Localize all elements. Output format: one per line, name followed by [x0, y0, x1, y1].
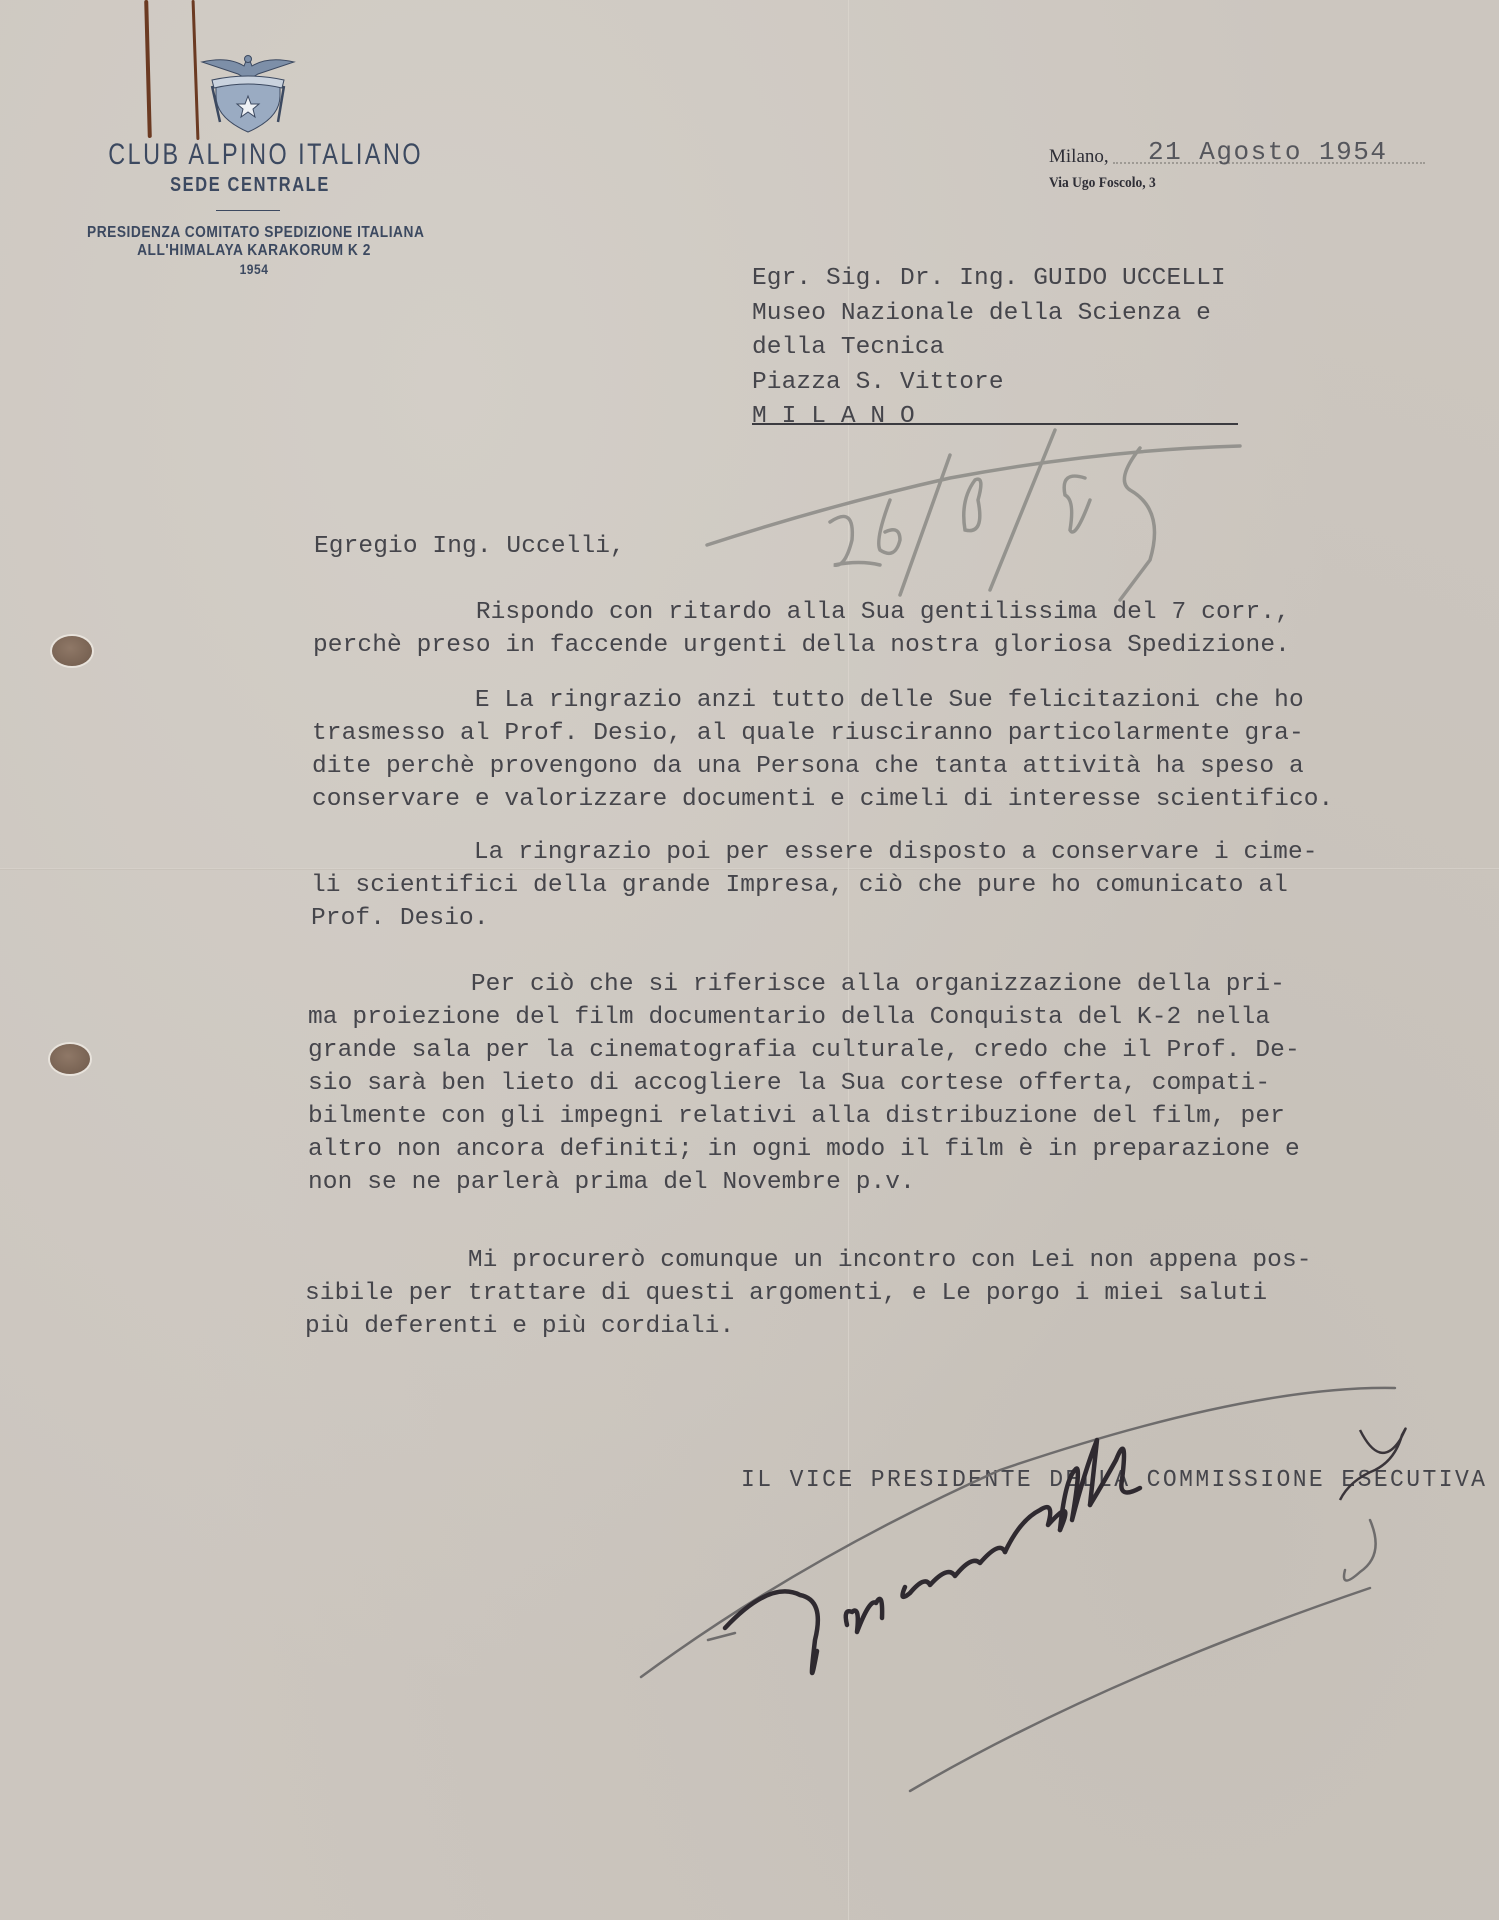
punch-hole: [52, 636, 92, 666]
punch-hole: [50, 1044, 90, 1074]
sender-street-address: Via Ugo Foscolo, 3: [1049, 175, 1156, 192]
paragraph-1: Rispondo con ritardo alla Sua gentilissi…: [313, 596, 1290, 662]
letter-page: CLUB ALPINO ITALIANO SEDE CENTRALE PRESI…: [0, 0, 1499, 1920]
paragraph-2: E La ringrazio anzi tutto delle Sue feli…: [312, 684, 1333, 816]
paragraph-3: La ringrazio poi per essere disposto a c…: [311, 836, 1318, 935]
recipient-line: Museo Nazionale della Scienza e: [752, 297, 1226, 332]
letter-date: 21 Agosto 1954: [1148, 137, 1387, 167]
committee-line-2: ALL'HIMALAYA KARAKORUM K 2: [125, 242, 383, 260]
recipient-line: Egr. Sig. Dr. Ing. GUIDO UCCELLI: [752, 262, 1226, 297]
committee-line-1: PRESIDENZA COMITATO SPEDIZIONE ITALIANA: [87, 224, 419, 242]
pencil-date-annotation-icon: [0, 0, 1499, 1920]
place-label: Milano,: [1049, 146, 1109, 168]
recipient-line: Piazza S. Vittore: [752, 366, 1226, 401]
paragraph-4: Per ciò che si riferisce alla organizzaz…: [308, 968, 1300, 1199]
organization-name: CLUB ALPINO ITALIANO: [108, 138, 393, 172]
organization-subtitle: SEDE CENTRALE: [168, 174, 332, 197]
address-underline: [752, 423, 1238, 425]
letterhead-divider: [216, 210, 280, 211]
signatory-title: IL VICE PRESIDENTE DELLA COMMISSIONE ESE…: [741, 1464, 1487, 1497]
salutation: Egregio Ing. Uccelli,: [314, 530, 625, 563]
recipient-address: Egr. Sig. Dr. Ing. GUIDO UCCELLIMuseo Na…: [752, 262, 1226, 435]
cai-emblem-icon: [198, 50, 298, 134]
recipient-line: della Tecnica: [752, 331, 1226, 366]
recipient-city: M I L A N O: [752, 400, 1226, 435]
signature-icon: [0, 0, 1499, 1920]
paragraph-5: Mi procurerò comunque un incontro con Le…: [305, 1244, 1312, 1343]
tear-stain-line: [144, 0, 152, 138]
letterhead-year: 1954: [211, 261, 297, 277]
